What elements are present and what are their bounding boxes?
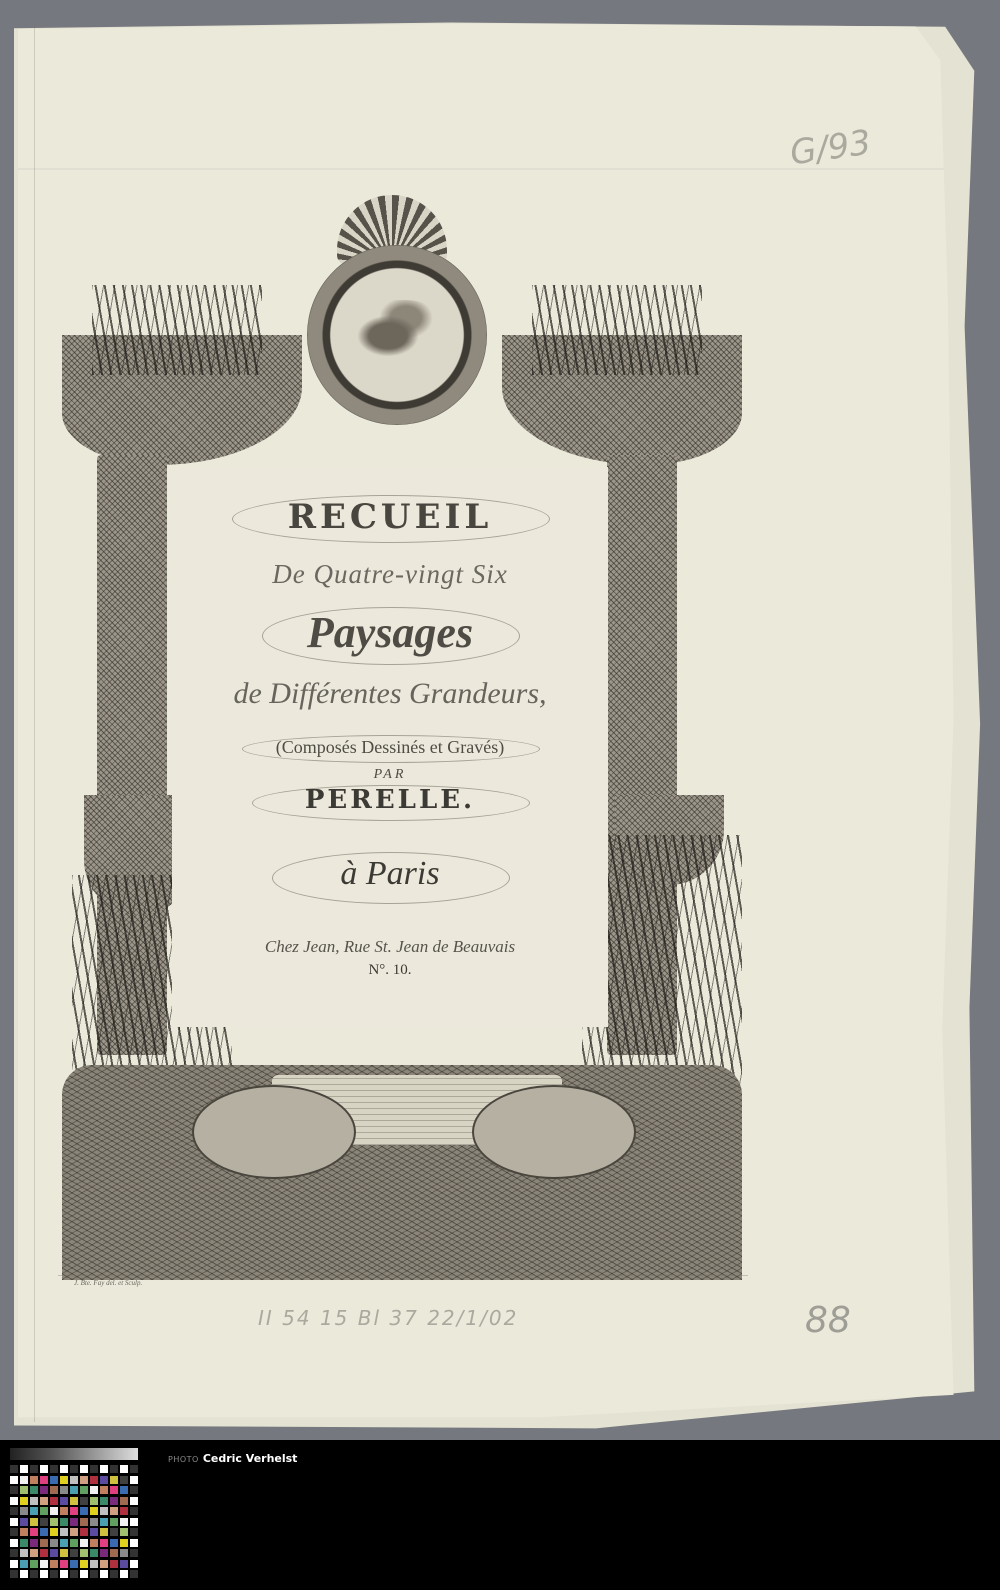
color-patch [90, 1476, 98, 1484]
color-patch [20, 1528, 28, 1536]
place-paris: à Paris [172, 855, 608, 893]
color-patch [100, 1465, 108, 1473]
color-patch [50, 1497, 58, 1505]
color-patch [120, 1497, 128, 1505]
color-patch [60, 1570, 68, 1578]
title-paysages: Paysages [172, 607, 608, 658]
color-patch [130, 1497, 138, 1505]
color-patch [110, 1507, 118, 1515]
color-patch [90, 1528, 98, 1536]
color-patch [10, 1486, 18, 1494]
color-patch [30, 1560, 38, 1568]
color-patch [70, 1560, 78, 1568]
color-patch [90, 1539, 98, 1547]
color-patch [90, 1497, 98, 1505]
medallion-chariot-scene [352, 300, 442, 360]
color-patch [130, 1486, 138, 1494]
color-patch [100, 1539, 108, 1547]
color-patch [90, 1570, 98, 1578]
color-patch [110, 1497, 118, 1505]
color-patch [130, 1539, 138, 1547]
color-patch [40, 1549, 48, 1557]
color-patch [40, 1476, 48, 1484]
engraved-plate: RECUEIL De Quatre-vingt Six Paysages de … [62, 195, 742, 1285]
pencil-page-number: 88 [805, 1300, 851, 1341]
plate-number: N°. 10. [172, 962, 608, 979]
color-patch [80, 1497, 88, 1505]
color-patch [100, 1549, 108, 1557]
color-patch [10, 1539, 18, 1547]
color-patch [80, 1570, 88, 1578]
color-patch [80, 1486, 88, 1494]
color-patch [100, 1528, 108, 1536]
color-patch [70, 1497, 78, 1505]
color-patch [80, 1560, 88, 1568]
paper-fold-edge [22, 22, 35, 1422]
color-patch [130, 1507, 138, 1515]
color-patch [130, 1465, 138, 1473]
color-patch [60, 1518, 68, 1526]
medallion [307, 245, 487, 425]
color-patch [110, 1528, 118, 1536]
color-patch [70, 1465, 78, 1473]
color-patch [30, 1486, 38, 1494]
color-patch [120, 1465, 128, 1473]
color-patch [20, 1507, 28, 1515]
color-patch [90, 1507, 98, 1515]
color-patch [90, 1465, 98, 1473]
color-patch [50, 1476, 58, 1484]
color-patch [20, 1560, 28, 1568]
color-patch [40, 1518, 48, 1526]
color-patch [110, 1549, 118, 1557]
color-patch [70, 1518, 78, 1526]
color-patch [110, 1560, 118, 1568]
title-recueil: RECUEIL [172, 497, 608, 537]
color-patch [50, 1560, 58, 1568]
color-patch [90, 1518, 98, 1526]
color-patch [40, 1570, 48, 1578]
color-patch [100, 1507, 108, 1515]
author-name: PERELLE. [172, 785, 608, 815]
color-patch [10, 1497, 18, 1505]
color-patch [10, 1476, 18, 1484]
color-patch [120, 1539, 128, 1547]
color-patch [40, 1560, 48, 1568]
color-patch [100, 1570, 108, 1578]
reeds-top-right [532, 285, 702, 375]
color-patch [30, 1497, 38, 1505]
color-patch [110, 1539, 118, 1547]
color-patch [60, 1465, 68, 1473]
color-patch [30, 1570, 38, 1578]
color-patch [10, 1518, 18, 1526]
color-patch [60, 1476, 68, 1484]
color-patch [10, 1465, 18, 1473]
color-patch [110, 1486, 118, 1494]
color-patch [90, 1560, 98, 1568]
title-differentes-grandeurs: de Différentes Grandeurs, [172, 677, 608, 711]
color-calibration-chart [10, 1465, 138, 1583]
color-patch [50, 1549, 58, 1557]
color-patch [130, 1518, 138, 1526]
color-patch [20, 1476, 28, 1484]
color-patch [120, 1507, 128, 1515]
title-par: PAR [172, 767, 608, 783]
color-patch [120, 1518, 128, 1526]
color-patch [110, 1465, 118, 1473]
color-patch [70, 1528, 78, 1536]
color-patch [40, 1507, 48, 1515]
color-patch [100, 1518, 108, 1526]
color-patch [10, 1528, 18, 1536]
color-patch [110, 1570, 118, 1578]
color-patch [60, 1507, 68, 1515]
color-patch [60, 1486, 68, 1494]
color-patch [100, 1486, 108, 1494]
color-patch [40, 1486, 48, 1494]
color-patch [110, 1518, 118, 1526]
title-composes: (Composés Dessinés et Gravés) [172, 737, 608, 758]
color-patch [10, 1570, 18, 1578]
color-patch [130, 1570, 138, 1578]
color-patch [30, 1518, 38, 1526]
color-patch [10, 1507, 18, 1515]
color-patch [80, 1476, 88, 1484]
pencil-inventory-note: II 54 15 Bl 37 22/1/02 [258, 1306, 518, 1330]
color-patch [10, 1549, 18, 1557]
color-patch [100, 1497, 108, 1505]
color-patch [50, 1539, 58, 1547]
color-patch [70, 1549, 78, 1557]
color-patch [30, 1528, 38, 1536]
color-patch [30, 1465, 38, 1473]
photo-label: PHOTO [168, 1455, 199, 1464]
color-patch [30, 1507, 38, 1515]
color-patch [130, 1549, 138, 1557]
color-patch [70, 1476, 78, 1484]
color-patch [130, 1560, 138, 1568]
color-patch [120, 1476, 128, 1484]
color-patch [60, 1497, 68, 1505]
color-patch [30, 1476, 38, 1484]
color-patch [60, 1539, 68, 1547]
color-patch [40, 1539, 48, 1547]
color-patch [20, 1539, 28, 1547]
color-patch [70, 1570, 78, 1578]
dolphin-left [192, 1085, 356, 1179]
color-patch [100, 1560, 108, 1568]
color-patch [20, 1570, 28, 1578]
color-patch [50, 1507, 58, 1515]
color-patch [110, 1476, 118, 1484]
photo-footer-bar [0, 1440, 1000, 1590]
color-patch [130, 1528, 138, 1536]
color-patch [40, 1528, 48, 1536]
color-patch [20, 1486, 28, 1494]
color-patch [70, 1507, 78, 1515]
photographer-name: Cedric Verhelst [203, 1452, 298, 1465]
plate-mark [58, 1275, 748, 1276]
color-patch [120, 1549, 128, 1557]
publisher-address: Chez Jean, Rue St. Jean de Beauvais [172, 937, 608, 957]
title-quatre-vingt-six: De Quatre-vingt Six [172, 559, 608, 590]
color-patch [70, 1486, 78, 1494]
color-patch [50, 1518, 58, 1526]
color-patch [120, 1528, 128, 1536]
color-patch [80, 1518, 88, 1526]
color-patch [90, 1486, 98, 1494]
color-patch [130, 1476, 138, 1484]
color-patch [10, 1560, 18, 1568]
color-patch [120, 1560, 128, 1568]
color-patch [80, 1507, 88, 1515]
color-patch [60, 1560, 68, 1568]
color-patch [50, 1486, 58, 1494]
color-patch [20, 1549, 28, 1557]
color-patch [60, 1549, 68, 1557]
color-patch [100, 1476, 108, 1484]
color-patch [80, 1528, 88, 1536]
color-patch [30, 1539, 38, 1547]
color-patch [50, 1465, 58, 1473]
color-patch [70, 1539, 78, 1547]
color-patch [50, 1528, 58, 1536]
color-patch [40, 1465, 48, 1473]
color-patch [120, 1486, 128, 1494]
photo-credit: PHOTOCedric Verhelst [168, 1452, 297, 1465]
color-patch [20, 1497, 28, 1505]
color-patch [80, 1539, 88, 1547]
color-patch [20, 1518, 28, 1526]
color-patch [40, 1497, 48, 1505]
reeds-top-left [92, 285, 262, 375]
color-patch [90, 1549, 98, 1557]
color-patch [80, 1549, 88, 1557]
engraver-credit: J. Bte. Fay del. et Sculp. [74, 1279, 142, 1287]
dolphin-right [472, 1085, 636, 1179]
color-patch [120, 1570, 128, 1578]
grayscale-calibration-bar [10, 1448, 138, 1460]
color-patch [60, 1528, 68, 1536]
color-patch [80, 1465, 88, 1473]
color-patch [20, 1465, 28, 1473]
color-patch [50, 1570, 58, 1578]
color-patch [30, 1549, 38, 1557]
title-panel: RECUEIL De Quatre-vingt Six Paysages de … [172, 467, 608, 1027]
